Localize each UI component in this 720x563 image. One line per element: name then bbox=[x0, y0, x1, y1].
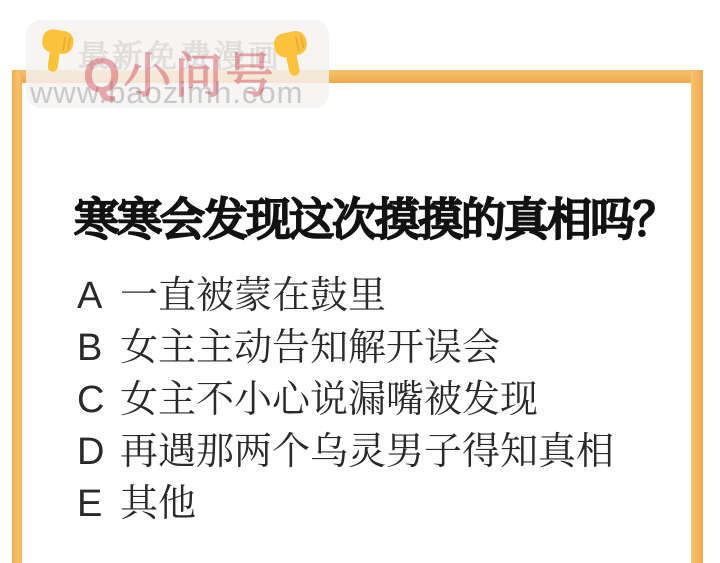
option-text: 其他 bbox=[120, 483, 196, 525]
poll-option-b: B女主主动告知解开误会 bbox=[77, 322, 614, 374]
option-text: 一直被蒙在鼓里 bbox=[120, 275, 386, 317]
poll-option-e: E其他 bbox=[77, 478, 614, 530]
option-key: D bbox=[77, 426, 107, 478]
option-key: E bbox=[77, 478, 107, 530]
watermark-logo-text: Q小问号 bbox=[83, 37, 276, 106]
comic-poll-page: 最新免费漫画 www.baozimh.com Q小问号 bbox=[0, 0, 720, 563]
option-text: 再遇那两个乌灵男子得知真相 bbox=[120, 431, 614, 473]
poll-options: A一直被蒙在鼓里 B女主主动告知解开误会 C女主不小心说漏嘴被发现 D再遇那两个… bbox=[77, 270, 614, 530]
point-down-icon bbox=[35, 27, 77, 76]
poll-option-a: A一直被蒙在鼓里 bbox=[77, 270, 614, 322]
watermark-card: 最新免费漫画 www.baozimh.com Q小问号 bbox=[26, 20, 329, 108]
option-text: 女主不小心说漏嘴被发现 bbox=[120, 379, 538, 421]
option-key: C bbox=[77, 374, 107, 426]
option-key: A bbox=[77, 270, 107, 322]
poll-question: 寒寒会发现这次摸摸的真相吗？ bbox=[74, 183, 676, 248]
option-key: B bbox=[77, 322, 107, 374]
option-text: 女主主动告知解开误会 bbox=[120, 327, 500, 369]
frame-left-border bbox=[12, 70, 22, 563]
poll-option-d: D再遇那两个乌灵男子得知真相 bbox=[77, 426, 614, 478]
point-down-icon bbox=[268, 27, 317, 80]
frame-right-border bbox=[691, 70, 703, 563]
poll-option-c: C女主不小心说漏嘴被发现 bbox=[77, 374, 614, 426]
